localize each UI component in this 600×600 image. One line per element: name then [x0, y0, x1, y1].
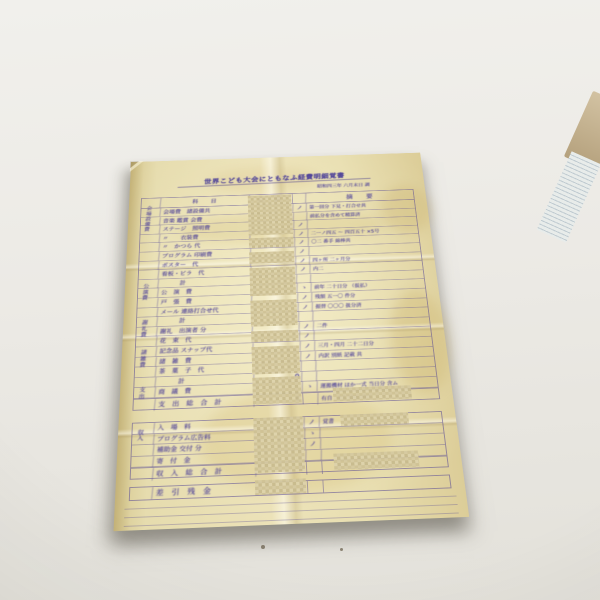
photo-vignette [0, 0, 600, 600]
photo-scene: 世界こども大会にともなふ経費明細覚書 昭和四三年 六月末日 調 科 目 金 額 … [0, 0, 600, 600]
